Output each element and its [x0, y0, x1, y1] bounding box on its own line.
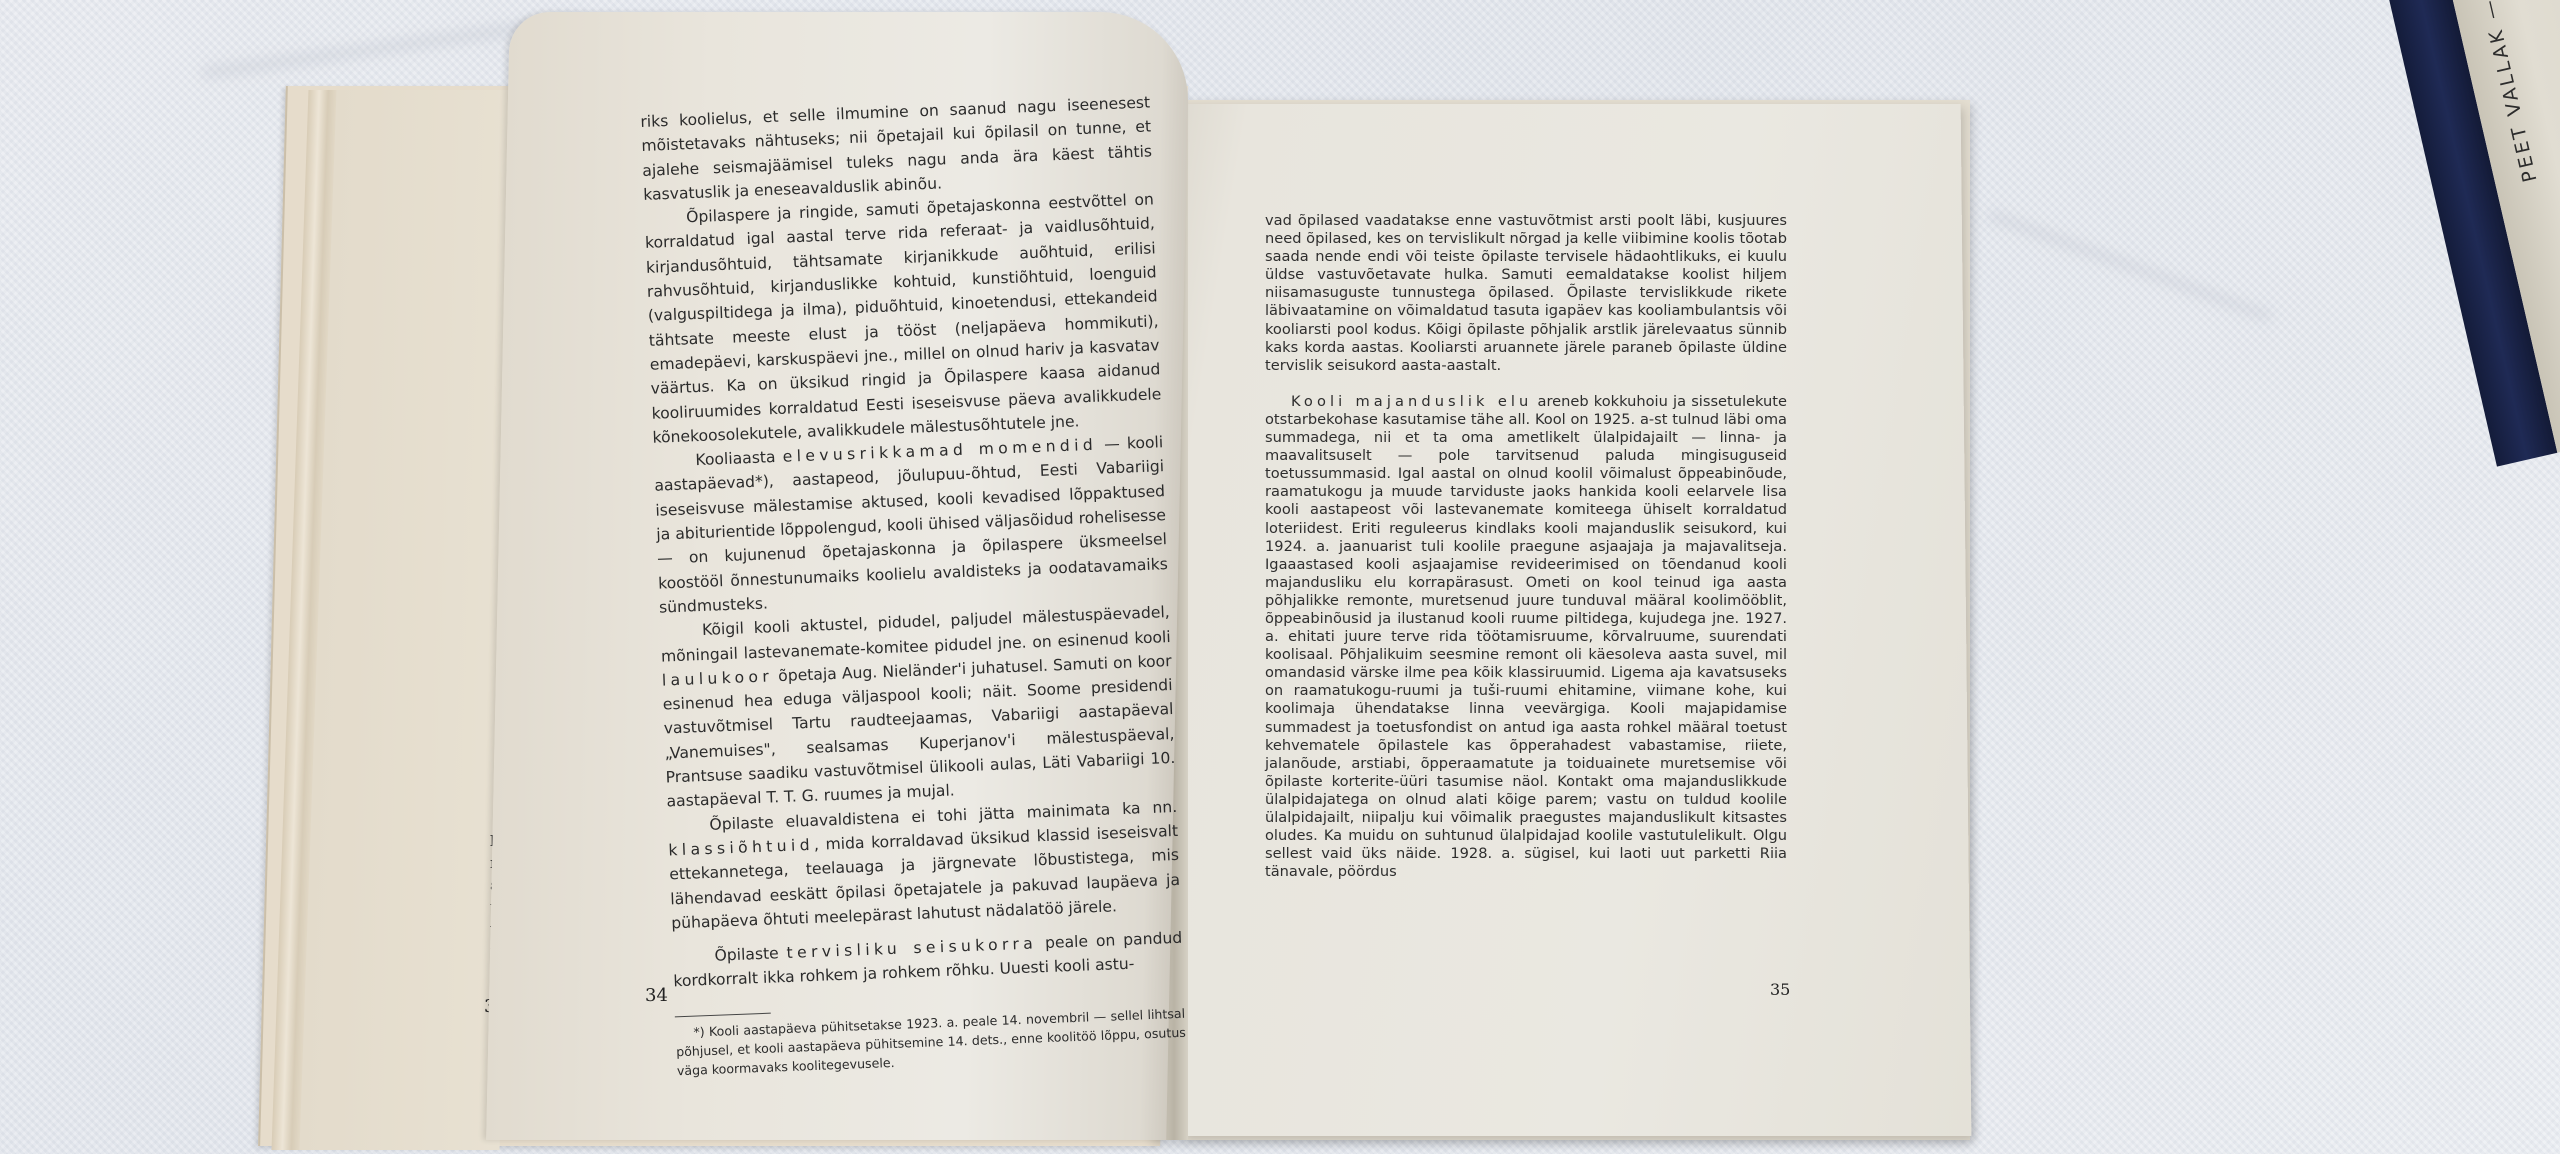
- page-number-left: 34: [645, 985, 668, 1006]
- paragraph: Kooli majanduslik elu areneb kokkuhoiu j…: [1265, 393, 1787, 882]
- paragraph: Õpilaspere ja ringide, samuti õpetajasko…: [644, 188, 1163, 450]
- paragraph: Õpilaste tervisliku seisukorra peale on …: [672, 926, 1183, 994]
- emphasis-spaced: Kooli majanduslik elu: [1291, 393, 1532, 410]
- second-book: PEET VALLAK — TE: [2380, 0, 2560, 467]
- page-number-right: 35: [1770, 980, 1790, 999]
- footnote-divider: [675, 1012, 771, 1017]
- emphasis-spaced: laulukoor: [662, 667, 774, 689]
- right-page-text: vad õpilased vaadatakse enne vastuvõtmis…: [1265, 212, 1787, 881]
- tablecloth-fold: [1987, 209, 2273, 323]
- paragraph: vad õpilased vaadatakse enne vastuvõtmis…: [1265, 212, 1787, 375]
- paragraph: Kooliaasta elevusrikkamad momendid — koo…: [653, 430, 1169, 620]
- emphasis-spaced: tervisliku seisukorra: [786, 934, 1037, 962]
- left-page-text: riks koolielus, et selle ilmumine on saa…: [640, 90, 1187, 1080]
- emphasis-spaced: klassiõhtuid: [668, 836, 814, 860]
- paragraph: Õpilaste eluavaldistena ei tohi jätta ma…: [667, 795, 1181, 936]
- paragraph: Kõigil kooli aktustel, pidudel, paljudel…: [660, 600, 1177, 814]
